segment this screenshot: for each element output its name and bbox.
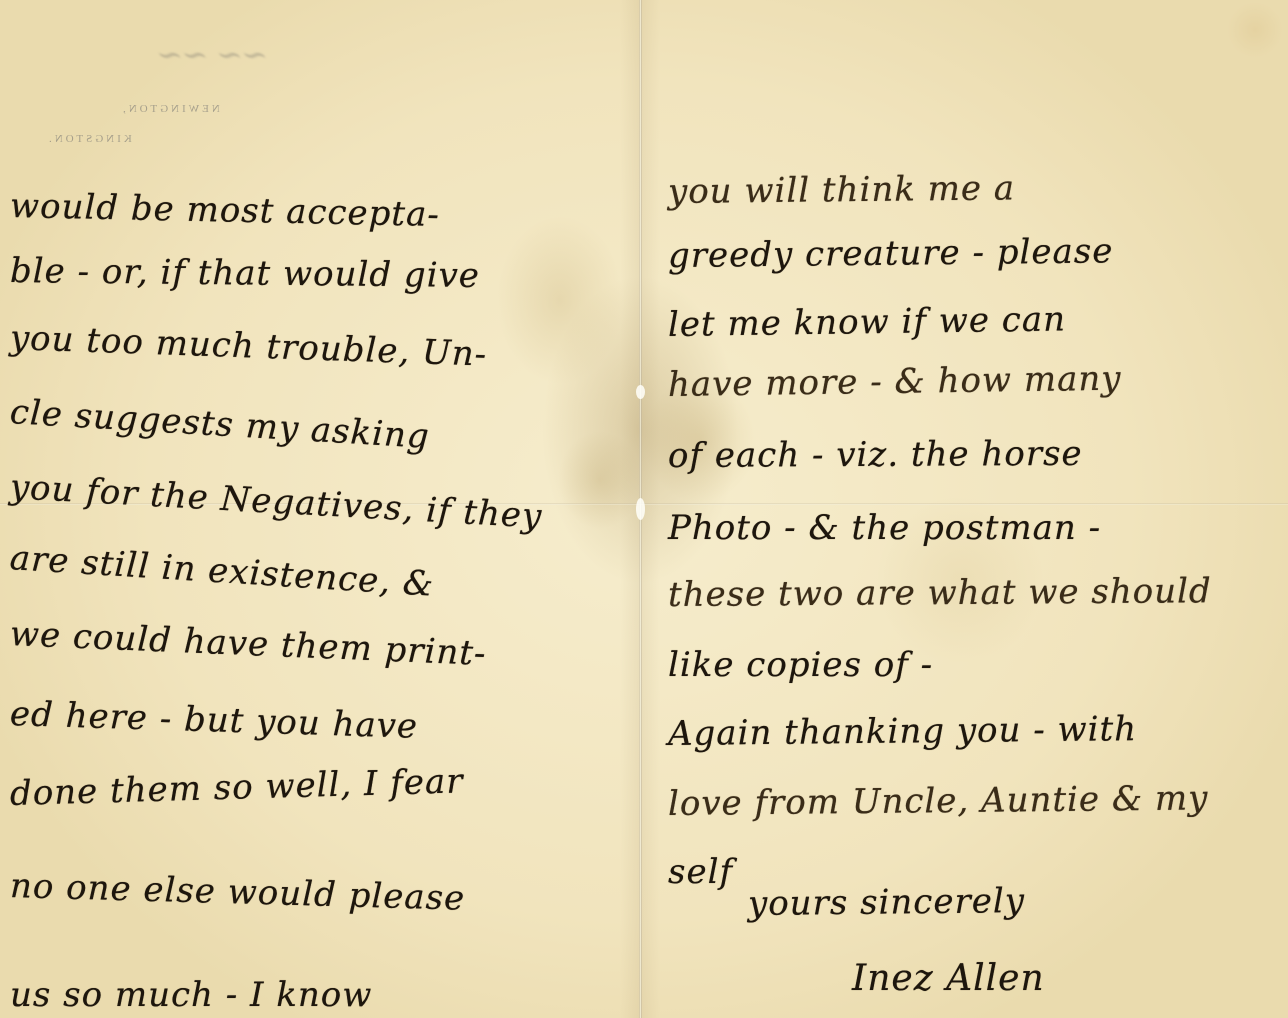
handwritten-line: greedy creature - please: [668, 231, 1114, 276]
fold-wear-spot: [636, 498, 645, 520]
handwritten-line: are still in existence, &: [9, 538, 436, 605]
handwritten-line: cle suggests my asking: [9, 392, 431, 457]
handwritten-line: love from Uncle, Auntie & my: [668, 778, 1209, 824]
handwritten-line: you too much trouble, Un-: [9, 318, 487, 375]
signature: Inez Allen: [852, 958, 1045, 999]
handwritten-line: done them so well, I fear: [9, 761, 464, 814]
handwritten-line: ble - or, if that would give: [10, 251, 480, 296]
handwritten-line: you for the Negatives, if they: [9, 467, 543, 537]
handwritten-line: like copies of -: [668, 645, 933, 685]
show-through-mark: ~~ ~~: [61, 38, 279, 88]
letterhead-line-2: KINGSTON.: [46, 133, 132, 145]
handwritten-line: self: [668, 852, 733, 892]
handwritten-line: Again thanking you - with: [668, 709, 1137, 754]
handwritten-line: ed here - but you have: [9, 694, 418, 747]
handwritten-line: let me know if we can: [668, 299, 1067, 345]
handwritten-line: Photo - & the postman -: [668, 508, 1101, 548]
handwritten-line: would be most accepta-: [10, 186, 441, 235]
handwritten-line: have more - & how many: [668, 359, 1122, 405]
letterhead-line-1: NEWINGTON,: [120, 103, 220, 115]
closing-line: yours sincerely: [748, 881, 1025, 924]
handwritten-line: no one else would please: [9, 866, 465, 919]
fold-wear-spot: [636, 385, 645, 399]
handwritten-line: us so much - I know: [10, 975, 372, 1015]
handwritten-line: of each - viz. the horse: [668, 434, 1083, 476]
handwritten-line: you will think me a: [668, 168, 1016, 212]
handwritten-line: these two are what we should: [668, 571, 1212, 615]
handwritten-line: we could have them print-: [9, 614, 487, 674]
letter-sheet: ~~ ~~ NEWINGTON, KINGSTON. would be most…: [0, 0, 1288, 1018]
